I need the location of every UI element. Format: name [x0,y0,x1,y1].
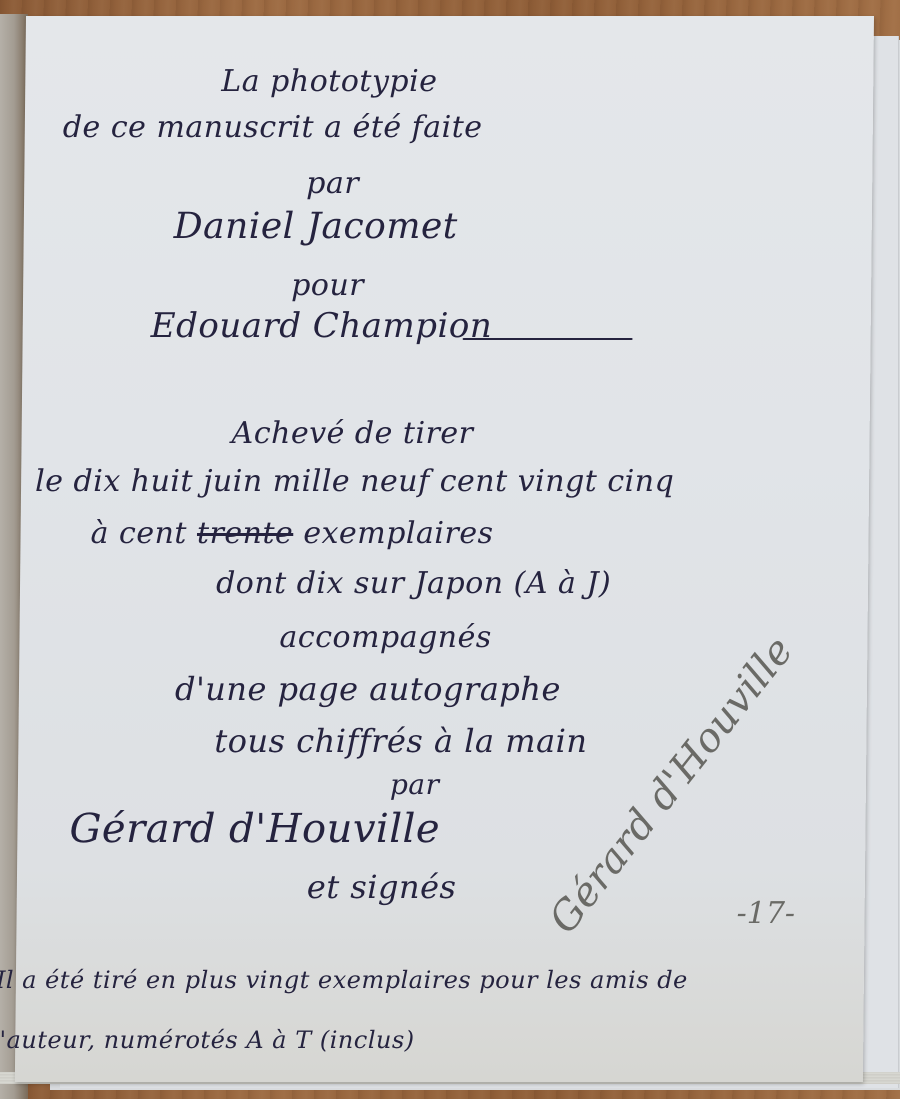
line-pour: pour [291,268,364,303]
line-date: le dix huit juin mille neuf cent vingt c… [35,464,675,499]
copies-count: à cent [90,516,187,551]
line-par-1: par [306,166,359,201]
copies-word: exemplaires [303,516,494,551]
copy-number: -17- [736,896,795,931]
line-acheve-de-tirer: Achevé de tirer [231,416,473,451]
flourish-stroke [463,338,633,340]
line-author-name: Gérard d'Houville [69,806,440,852]
line-accompagnes: accompagnés [279,620,492,655]
line-copies: à cent trente exemplaires [90,516,493,551]
line-phototypie: La phototypie [221,64,437,99]
line-page-autographe: d'une page autographe [175,670,561,708]
line-photographer-name: Daniel Jacomet [174,206,458,247]
line-japon: dont dix sur Japon (A à J) [216,566,611,601]
line-numbering: l'auteur, numérotés A à T (inclus) [0,1026,415,1054]
line-manuscrit: de ce manuscrit a été faite [63,110,483,145]
line-et-signes: et signés [307,868,457,906]
pencil-signature: Gérard d'Houville [540,628,802,942]
line-publisher-name: Edouard Champion [151,306,493,346]
struck-word: trente [197,516,294,551]
line-additional-copies: Il a été tiré en plus vingt exemplaires … [0,966,688,994]
line-chiffres: tous chiffrés à la main [214,722,588,760]
line-par-2: par [390,768,440,801]
manuscript-page: La phototypie de ce manuscrit a été fait… [15,16,874,1082]
